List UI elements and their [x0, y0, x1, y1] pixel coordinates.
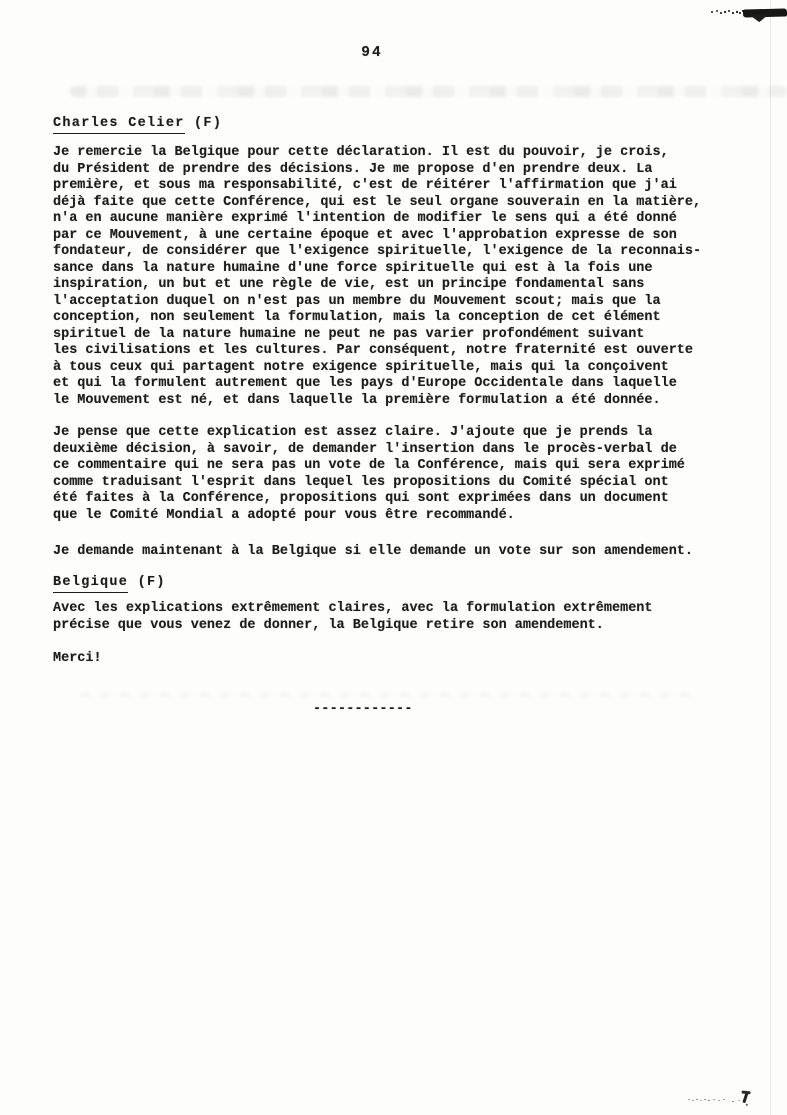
- dashed-separator: ------------: [313, 702, 413, 719]
- scan-artifact-band-top: [70, 86, 787, 97]
- paragraph-vote-question: Je demande maintenant à la Belgique si e…: [53, 544, 693, 561]
- scanned-document-page: 94 Charles Celier (F) Je remercie la Bel…: [0, 0, 787, 1115]
- scan-dots: [688, 1099, 690, 1100]
- speaker-heading-belgique: Belgique (F): [53, 575, 166, 592]
- scan-speckles-bottom-right: [686, 1092, 760, 1108]
- speaker-name: Charles Celier: [53, 116, 185, 134]
- paragraph-decision-explanation: Je remercie la Belgique pour cette décla…: [53, 145, 701, 409]
- scan-speckles: [711, 11, 713, 13]
- speaker-language-tag: [185, 116, 194, 131]
- scan-edge-line: [770, 0, 771, 1115]
- paragraph-second-decision: Je pense que cette explication est assez…: [53, 425, 685, 524]
- scan-artifact-band-middle: [80, 693, 700, 697]
- speaker-language: (F): [138, 575, 166, 590]
- page-number: 94: [332, 45, 412, 62]
- speaker-name: Belgique: [53, 575, 128, 593]
- speaker-language: (F): [194, 116, 222, 131]
- paragraph-merci: Merci!: [53, 651, 102, 668]
- paragraph-amendment-withdrawal: Avec les explications extrêmement claire…: [53, 601, 653, 634]
- scan-smudge-top-right: [705, 5, 787, 23]
- speaker-language-tag: [128, 575, 137, 590]
- speaker-heading-charles-celier: Charles Celier (F): [53, 116, 222, 133]
- scan-ink-mark: [742, 1092, 748, 1103]
- scan-ink-blob: [743, 8, 787, 17]
